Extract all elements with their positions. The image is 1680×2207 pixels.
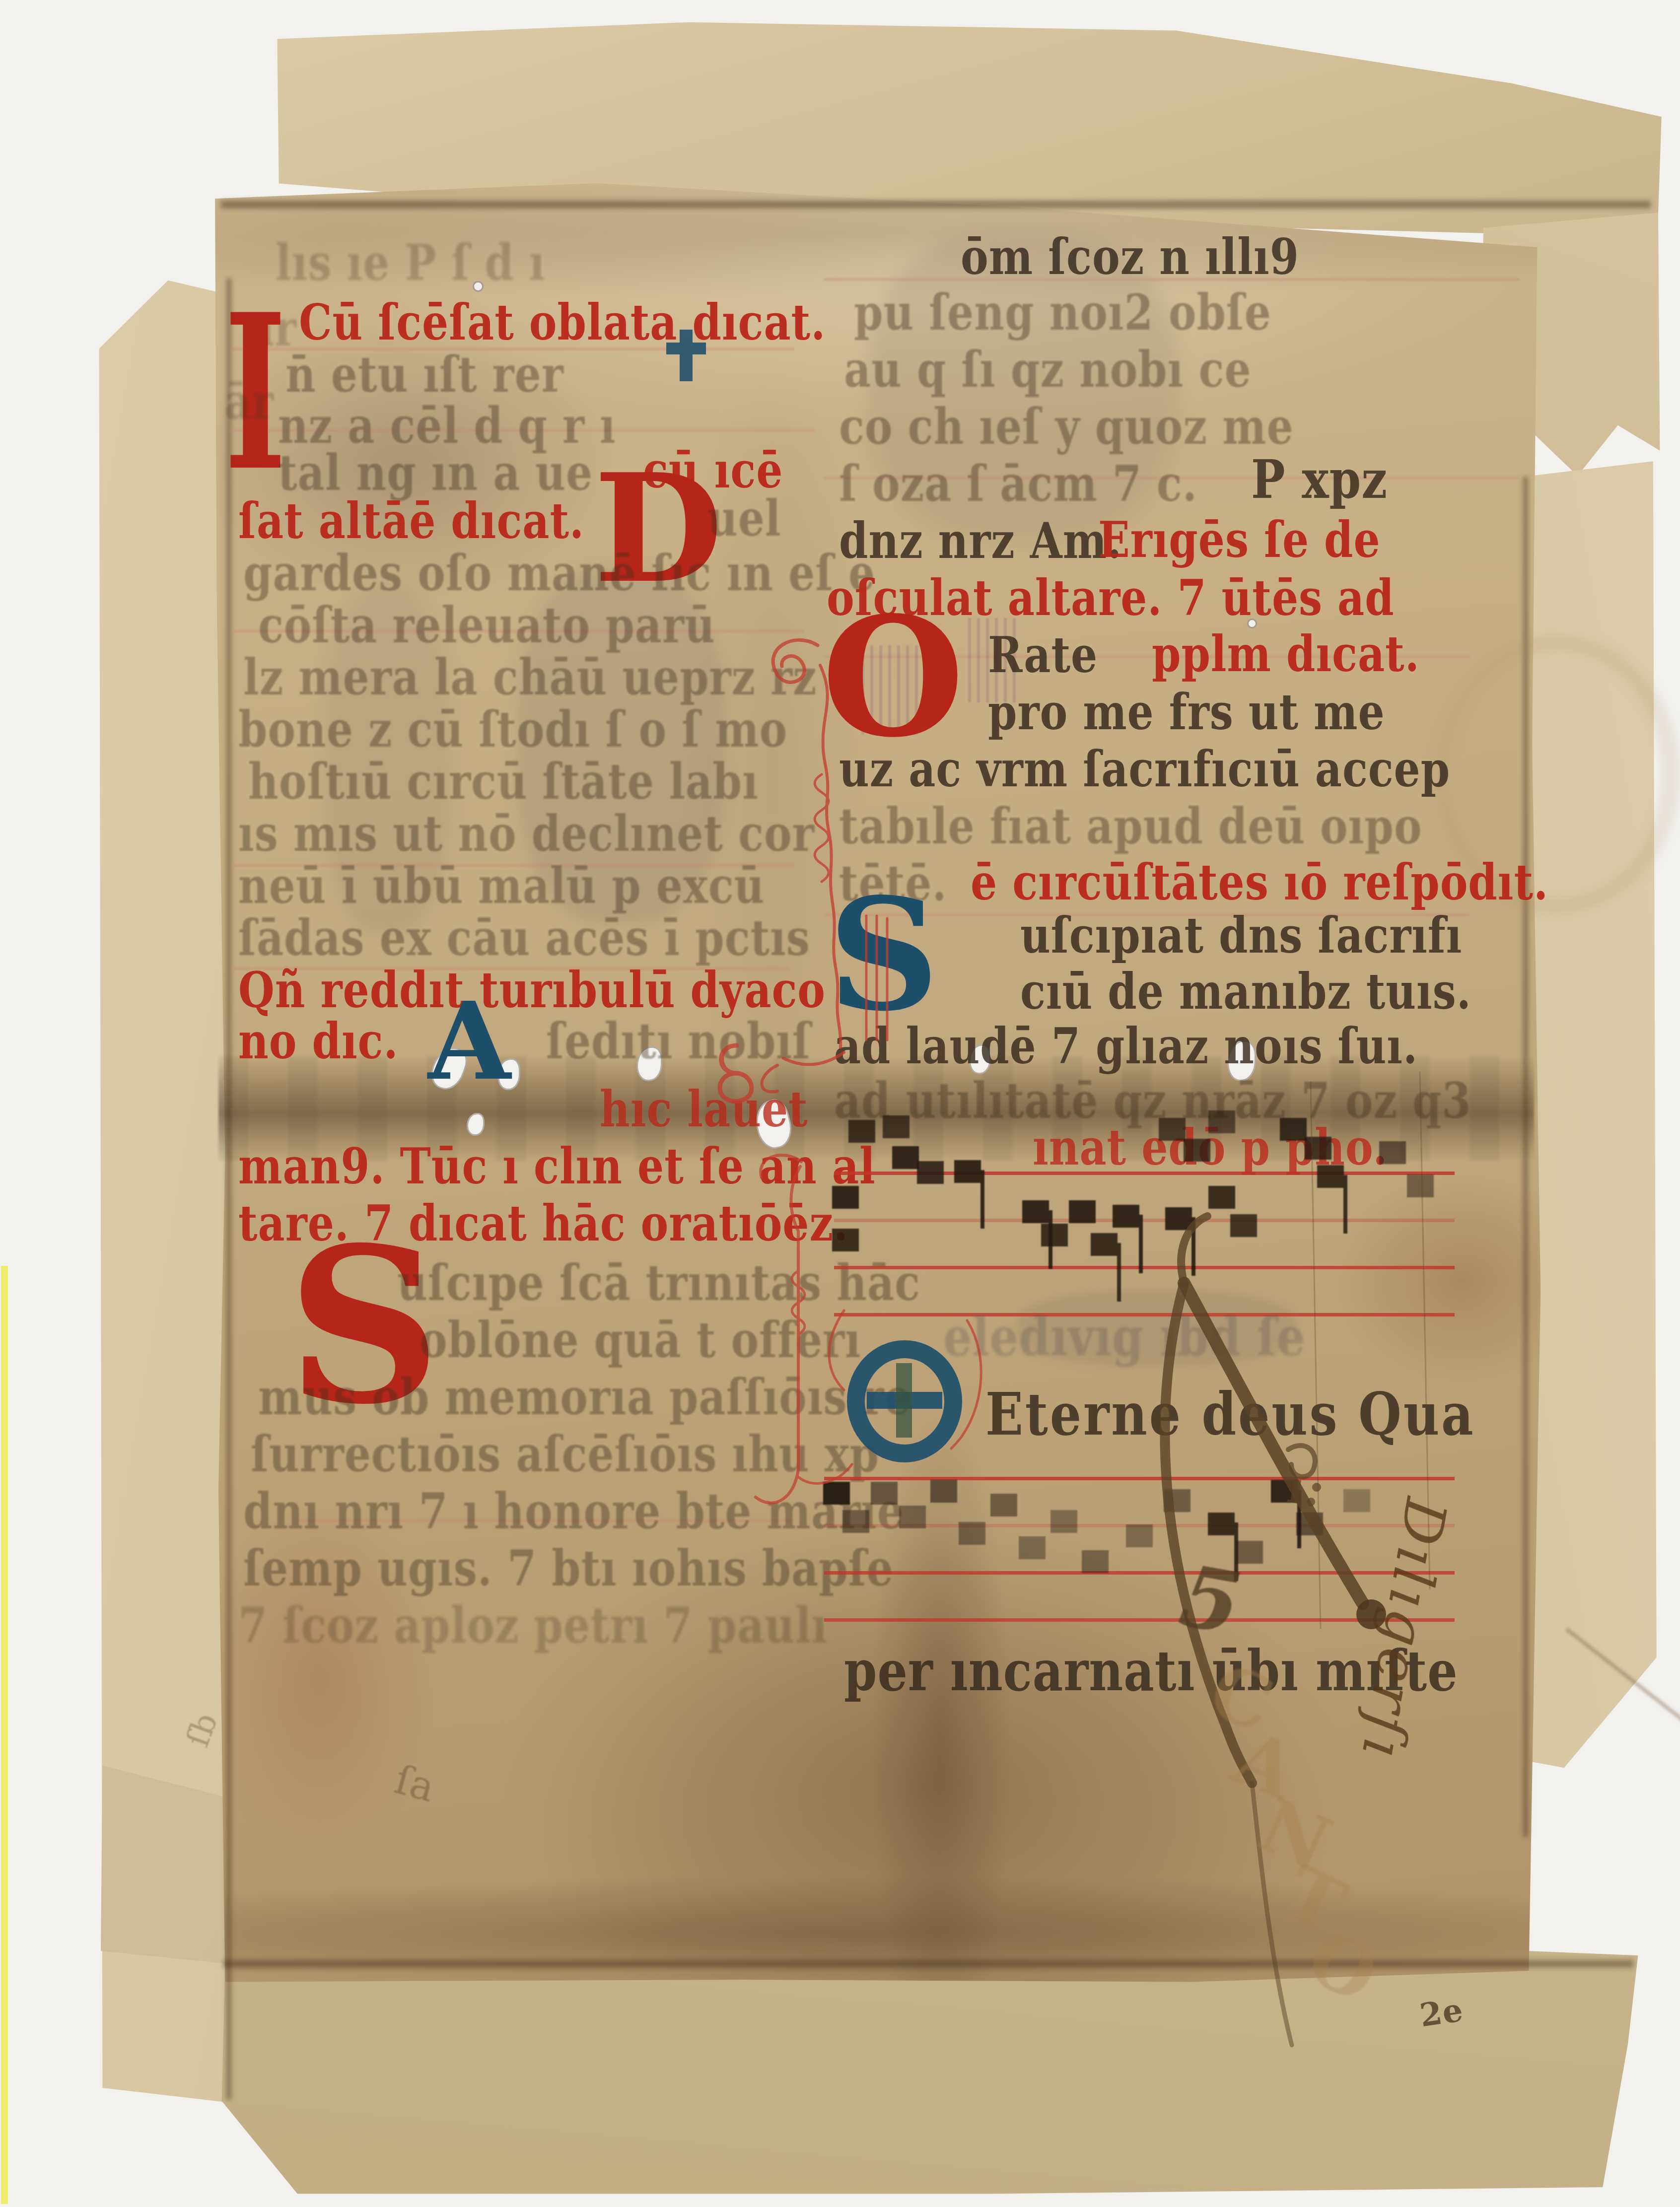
rubric-line: Qñ reddıt turıbulū dyaco bbox=[238, 966, 826, 1015]
faded-text-line: tal ng ın a ue bbox=[278, 448, 593, 497]
neume bbox=[1159, 1118, 1186, 1141]
pen-mark: ı. bbox=[1284, 1464, 1324, 1514]
faded-text-fragment: uel bbox=[707, 494, 781, 543]
faded-text-line: ad utılıtatē qz nrāz 7 oz q3 bbox=[834, 1076, 1471, 1125]
neume bbox=[1407, 1174, 1434, 1197]
faded-text-line: 7 ſcoz aploz petrı 7 paulı bbox=[238, 1601, 828, 1650]
neume bbox=[1208, 1513, 1235, 1535]
rubric-line: man9. Tūc ı clın et ſe an al bbox=[238, 1142, 876, 1191]
neume bbox=[1082, 1550, 1109, 1573]
faded-text-line: dnz nrz Am. bbox=[839, 516, 1122, 565]
faded-text-line: mus ob memorıa paſſıōıs re bbox=[258, 1373, 911, 1422]
faded-text-line: ſādas ex cāu acēs ī pctıs bbox=[238, 913, 810, 963]
neume bbox=[832, 1229, 859, 1251]
faded-text-line: au q ſı qz nobı ce bbox=[844, 345, 1252, 394]
music-staff-2 bbox=[824, 1477, 1455, 1626]
neume bbox=[1208, 1186, 1235, 1209]
neume bbox=[883, 1115, 910, 1138]
worm-hole bbox=[467, 1113, 485, 1136]
initial-E-bar-vertical bbox=[896, 1363, 912, 1438]
neume bbox=[1165, 1207, 1192, 1230]
rubric-fragment: Erıgēs ſe de bbox=[1098, 515, 1381, 564]
staff-line bbox=[824, 1477, 1455, 1480]
neume bbox=[899, 1506, 926, 1528]
neume bbox=[1050, 1510, 1077, 1533]
neume bbox=[1317, 1165, 1344, 1188]
neume bbox=[1164, 1489, 1190, 1512]
faded-text-line: lıs ıe P ſ d ı bbox=[276, 238, 545, 287]
neume bbox=[1379, 1141, 1406, 1164]
faded-text-line: dnı nrı 7 ı honore bte marıe bbox=[243, 1487, 904, 1536]
neume bbox=[1091, 1233, 1118, 1256]
faded-text-line: bone z cū ſtodı ſ o ſ mo bbox=[238, 705, 787, 754]
faded-text-line: nz a cēl d q r ı bbox=[278, 401, 616, 450]
neume bbox=[990, 1494, 1017, 1517]
neume bbox=[954, 1160, 981, 1183]
faded-text-line: uz ac vrm ſacrıfıcıū accep bbox=[839, 745, 1450, 794]
faded-text-fragment: Rate bbox=[988, 630, 1098, 680]
fold-seam-top bbox=[221, 201, 1651, 208]
rubric-line: Cū ſcēſat oblata dıcat. bbox=[299, 298, 826, 347]
faded-text-line: ad laudē 7 glıaz noıs ſuı. bbox=[834, 1022, 1418, 1071]
neume bbox=[1126, 1524, 1153, 1547]
rubric-line: ſat altāē dıcat. bbox=[238, 496, 584, 546]
faded-margin-fragment: ār bbox=[224, 377, 274, 426]
initial-E bbox=[847, 1340, 962, 1462]
staff-line bbox=[834, 1219, 1455, 1222]
staff-line bbox=[834, 1266, 1455, 1269]
faded-text-line: ſ oza ſ ācm 7 c. bbox=[839, 459, 1197, 508]
faded-text-line: oblōne quā t offerı bbox=[420, 1315, 861, 1365]
blessing-cross-icon bbox=[666, 330, 706, 381]
neume bbox=[1305, 1137, 1331, 1160]
faded-text-line: co ch ıeſ y quoz me bbox=[839, 402, 1294, 451]
faded-text-line: ıs mıs ut nō declınet cor bbox=[238, 809, 815, 858]
neume bbox=[1280, 1118, 1307, 1141]
rubric-line: no dıc. bbox=[238, 1017, 399, 1066]
fold-seam-left bbox=[226, 278, 231, 2100]
neume bbox=[959, 1522, 985, 1545]
shelfmark: 2e bbox=[1418, 1995, 1465, 2032]
staff-line bbox=[824, 1571, 1455, 1575]
neume bbox=[1113, 1205, 1139, 1228]
faded-text-line: hoſtıū cırcū ſtāte labı bbox=[248, 757, 759, 806]
neume bbox=[848, 1120, 875, 1143]
neume bbox=[1041, 1224, 1068, 1246]
rubric-fragment: hıc lauet bbox=[600, 1085, 808, 1134]
faded-text-line: gardes oſo manē ſıc ın eſ e bbox=[243, 549, 875, 598]
neume bbox=[871, 1482, 898, 1505]
faded-text-line: cıū de manıbz tuıs. bbox=[1020, 967, 1471, 1016]
incipit-line: Eterne deus Qua bbox=[985, 1385, 1475, 1444]
neume bbox=[1208, 1110, 1235, 1133]
initial-S2: S bbox=[828, 894, 939, 1017]
neume bbox=[917, 1161, 944, 1184]
neume bbox=[1230, 1214, 1257, 1237]
rubric-fragment: pplm dıcat. bbox=[1152, 629, 1420, 679]
initial-A: A bbox=[428, 999, 511, 1084]
music-staff-1 bbox=[834, 1172, 1455, 1320]
faded-text-line: neū ī ūbū malū p excū bbox=[238, 861, 765, 910]
neume bbox=[892, 1146, 919, 1169]
faded-text-line: ſemp ugıs. 7 btı ıohıs bapſe bbox=[243, 1544, 894, 1593]
neume bbox=[930, 1480, 957, 1503]
faded-text-line: n̄ etu ıſt rer bbox=[285, 350, 564, 399]
initial-O: O bbox=[822, 612, 964, 743]
faded-text-fragment: P xpz bbox=[1251, 453, 1388, 506]
manuscript-scan: lıs ıe P ſ d ı ar Cū ſcēſat oblata dıcat… bbox=[0, 0, 1680, 2207]
neume bbox=[842, 1510, 869, 1533]
neume bbox=[1184, 1139, 1210, 1162]
faded-text-line: tabıle fıat apud deū oıpo bbox=[839, 802, 1422, 851]
neume bbox=[1343, 1489, 1370, 1512]
neume bbox=[823, 1482, 850, 1505]
faded-text-line: pu ſeng noı2 obſe bbox=[854, 288, 1271, 337]
faded-text-line: uſcıpıat dns ſacrıfı bbox=[1020, 911, 1462, 960]
neume bbox=[1069, 1200, 1096, 1223]
neume bbox=[832, 1186, 859, 1209]
fold-seam-bottom bbox=[223, 1960, 1633, 1968]
faded-text-line: pro me frs ut me bbox=[988, 688, 1385, 737]
neume bbox=[1019, 1536, 1046, 1559]
faded-text-line: cōſta releuato parū bbox=[258, 601, 715, 650]
rubric-fragment: ē cırcūſtātes ıō reſpōdıt. bbox=[971, 858, 1548, 907]
faded-text-line: ōm ſcoz n ıllı9 bbox=[961, 232, 1299, 281]
faded-text-line: lz mera la chāū ueprz rz bbox=[243, 653, 817, 702]
ghost-text-line: eledıvıg ıbd ſe bbox=[943, 1310, 1306, 1363]
faded-text-line: ſurrectıōıs aſcēſıōıs ıhu xp bbox=[251, 1430, 879, 1479]
faded-text-fragment: ſedıtı nobıſ bbox=[546, 1017, 811, 1066]
staff-line bbox=[824, 1618, 1455, 1622]
neume bbox=[1022, 1200, 1049, 1223]
scan-edge-artifact bbox=[1, 1266, 8, 2204]
